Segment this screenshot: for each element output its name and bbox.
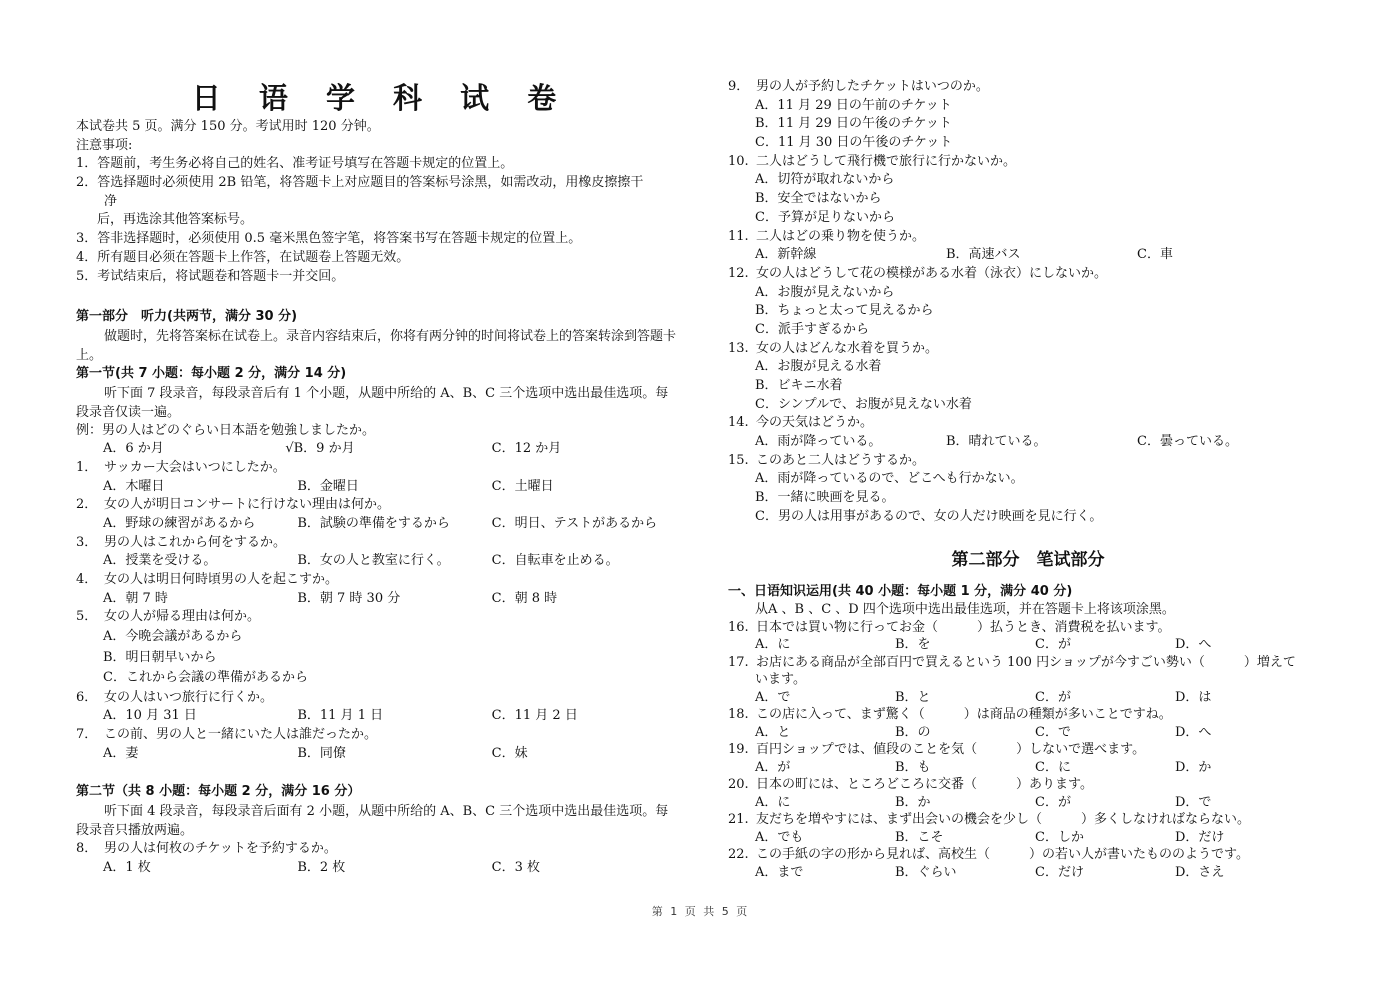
- question-4-options: A．朝 7 時 B．朝 7 時 30 分 C．朝 8 時: [76, 590, 686, 609]
- question-1-options: A．木曜日 B．金曜日 C．土曜日: [76, 478, 686, 497]
- question-16-options: A．に B．を C．が D．へ: [728, 636, 1328, 654]
- question-2: 2．女の人が明日コンサートに行けない理由は何か。: [76, 496, 686, 515]
- question-9-option-a: A．11 月 29 日の午前のチケット: [728, 97, 1328, 116]
- exam-title: 日 语 学 科 试 卷: [76, 78, 686, 118]
- question-10-option-a: A．切符が取れないから: [728, 171, 1328, 190]
- note-4: 4．所有题目必须在答题卡上作答，在试题卷上答题无效。: [76, 249, 686, 268]
- page-indicator: 第 1 页 共 5 页: [0, 903, 1399, 919]
- question-5-option-c: C．これから会議の準備があるから: [76, 668, 686, 689]
- note-2-cont2: 后，再选涂其他答案标号。: [76, 211, 686, 230]
- question-10-option-c: C．予算が足りないから: [728, 209, 1328, 228]
- question-7-options: A．妻 B．同僚 C．妹: [76, 745, 686, 764]
- example-options: A．6 か月 √B．9 か月 C．12 か月: [76, 440, 686, 459]
- part1-heading: 第一部分 听力(共两节，满分 30 分): [76, 308, 686, 327]
- question-13: 13.女の人はどんな水着を買うか。: [728, 340, 1328, 359]
- question-4: 4．女の人は明日何時頃男の人を起こすか。: [76, 571, 686, 590]
- question-2-options: A．野球の練習があるから B．試験の準備をするから C．明日、テストがあるから: [76, 515, 686, 534]
- question-19: 19.百円ショップでは、値段のことを気（ ）しないで選べます。: [728, 741, 1328, 759]
- section2-heading: 第二节（共 8 小题：每小题 2 分，满分 16 分）: [76, 783, 686, 802]
- question-17-cont: います。: [728, 671, 1328, 689]
- section1-heading: 第一节(共 7 小题：每小题 2 分，满分 14 分): [76, 365, 686, 384]
- question-8: 8．男の人は何枚のチケットを予約するか。: [76, 840, 686, 859]
- part1-instructions: 做题时，先将答案标在试卷上。录音内容结束后，你将有两分钟的时间将试卷上的答案转涂…: [76, 327, 676, 365]
- question-21: 21.友だちを増やすには、まず出会いの機会を少し（ ）多くしなければならない。: [728, 811, 1328, 829]
- question-13-option-b: B．ビキニ水着: [728, 377, 1328, 396]
- question-13-option-c: C．シンプルで、お腹が見えない水着: [728, 396, 1328, 415]
- question-18: 18.この店に入って、まず驚く（ ）は商品の種類が多いことですね。: [728, 706, 1328, 724]
- question-12-option-b: B．ちょっと太って見えるから: [728, 302, 1328, 321]
- note-2: 2．答选择题时必须使用 2B 铅笔，将答题卡上对应题目的答案标号涂黑，如需改动，…: [76, 174, 686, 193]
- example-option-b-wrap: √B．9 か月: [297, 440, 491, 459]
- question-9-option-c: C．11 月 30 日の午後のチケット: [728, 134, 1328, 153]
- question-15: 15.このあと二人はどうするか。: [728, 452, 1328, 471]
- part2-title: 第二部分 笔试部分: [728, 545, 1328, 575]
- question-12: 12.女の人はどうして花の模様がある水着（泳衣）にしないか。: [728, 265, 1328, 284]
- question-11-options: A．新幹線 B．高速バス C．車: [728, 246, 1328, 265]
- question-17-options: A．で B．と C．が D．は: [728, 689, 1328, 707]
- right-column: 9．男の人が予約したチケットはいつのか。 A．11 月 29 日の午前のチケット…: [728, 78, 1328, 881]
- check-mark-icon: √: [285, 441, 293, 456]
- question-12-option-a: A．お腹が見えないから: [728, 284, 1328, 303]
- section1-instructions: 听下面 7 段录音，每段录音后有 1 个小题，从题中所给的 A、B、C 三个选项…: [76, 384, 676, 422]
- question-17: 17.お店にある商品が全部百円で買えるという 100 円ショップが今すごい勢い（…: [728, 654, 1328, 672]
- question-14-options: A．雨が降っている。 B．晴れている。 C．曇っている。: [728, 433, 1328, 452]
- question-22: 22.この手紙の字の形から見れば、高校生（ ）の若い人が書いたもののようです。: [728, 846, 1328, 864]
- part2-section1-instructions: 从A 、B 、C 、D 四个选项中选出最佳选项，并在答题卡上将该项涂黑。: [728, 601, 1328, 619]
- question-15-option-c: C．男の人は用事があるので、女の人だけ映画を見に行く。: [728, 508, 1328, 527]
- question-6: 6．女の人はいつ旅行に行くか。: [76, 689, 686, 708]
- question-6-options: A．10 月 31 日 B．11 月 1 日 C．11 月 2 日: [76, 707, 686, 726]
- question-10: 10.二人はどうして飛行機で旅行に行かないか。: [728, 153, 1328, 172]
- question-7: 7．この前、男の人と一緒にいた人は誰だったか。: [76, 726, 686, 745]
- example-option-c: C．12 か月: [492, 440, 686, 459]
- question-12-option-c: C．派手すぎるから: [728, 321, 1328, 340]
- note-1: 1．答题前，考生务必将自己的姓名、准考证号填写在答题卡规定的位置上。: [76, 155, 686, 174]
- note-2-cont: 净: [76, 193, 686, 212]
- question-20: 20.日本の町には、ところどころに交番（ ）あります。: [728, 776, 1328, 794]
- question-9-option-b: B．11 月 29 日の午後のチケット: [728, 115, 1328, 134]
- section2-instructions: 听下面 4 段录音，每段录音后面有 2 小题，从题中所给的 A、B、C 三个选项…: [76, 802, 676, 840]
- example-question: 例：男の人はどのぐらい日本語を勉強しましたか。: [76, 422, 686, 441]
- question-5: 5．女の人が帰る理由は何か。: [76, 608, 686, 627]
- question-11: 11.二人はどの乗り物を使うか。: [728, 228, 1328, 247]
- example-option-b: B．9 か月: [294, 441, 355, 456]
- question-15-option-b: B．一緒に映画を見る。: [728, 489, 1328, 508]
- question-21-options: A．でも B．こそ C．しか D．だけ: [728, 829, 1328, 847]
- question-18-options: A．と B．の C．で D．へ: [728, 724, 1328, 742]
- question-5-option-a: A．今晩会議があるから: [76, 627, 686, 648]
- note-5: 5．考试结束后，将试题卷和答题卡一并交回。: [76, 268, 686, 287]
- notes-label: 注意事项:: [76, 137, 686, 156]
- question-10-option-b: B．安全ではないから: [728, 190, 1328, 209]
- question-1: 1．サッカー大会はいつにしたか。: [76, 459, 686, 478]
- question-16: 16.日本では買い物に行ってお金（ ）払うとき、消費税を払います。: [728, 619, 1328, 637]
- question-20-options: A．に B．か C．が D．で: [728, 794, 1328, 812]
- exam-info: 本试卷共 5 页。满分 150 分。考试用时 120 分钟。: [76, 118, 686, 137]
- note-3: 3．答非选择题时，必须使用 0.5 毫米黑色签字笔，将答案书写在答题卡规定的位置…: [76, 230, 686, 249]
- question-3-options: A．授業を受ける。 B．女の人と教室に行く。 C．自転車を止める。: [76, 552, 686, 571]
- question-19-options: A．が B．も C．に D．か: [728, 759, 1328, 777]
- question-3: 3．男の人はこれから何をするか。: [76, 534, 686, 553]
- question-5-option-b: B．明日朝早いから: [76, 648, 686, 669]
- question-8-options: A．1 枚 B．2 枚 C．3 枚: [76, 859, 686, 878]
- question-13-option-a: A．お腹が見える水着: [728, 358, 1328, 377]
- part2-section1-heading: 一、日语知识运用(共 40 小题：每小题 1 分，满分 40 分): [728, 583, 1328, 602]
- question-14: 14.今の天気はどうか。: [728, 414, 1328, 433]
- question-22-options: A．まで B．ぐらい C．だけ D．さえ: [728, 864, 1328, 882]
- left-column: 日 语 学 科 试 卷 本试卷共 5 页。满分 150 分。考试用时 120 分…: [76, 78, 686, 877]
- example-option-a: A．6 か月: [103, 440, 297, 459]
- question-15-option-a: A．雨が降っているので、どこへも行かない。: [728, 470, 1328, 489]
- question-9: 9．男の人が予約したチケットはいつのか。: [728, 78, 1328, 97]
